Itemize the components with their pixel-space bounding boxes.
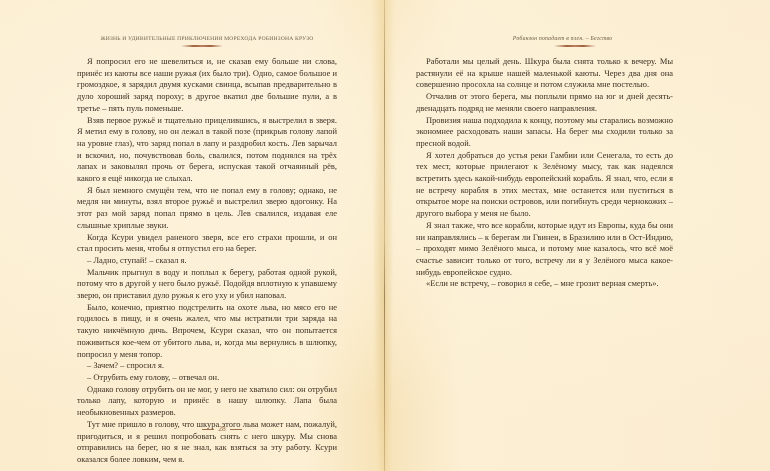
paragraph: – Ладно, ступай! – сказал я. [77,255,337,267]
paragraph: Однако голову отрубить он не мог, у него… [77,384,337,419]
paragraph: Взяв первое ружьё и тщательно прицеливши… [77,115,337,185]
left-page: Жизнь и удивительные приключения мореход… [0,0,384,471]
running-head-right: Робинзон попадает в плен. – Бегство [385,36,740,42]
paragraph: Отчалив от этого берега, мы поплыли прям… [416,91,673,114]
paragraph: Провизия наша подходила к концу, поэтому… [416,115,673,150]
paragraph: Я был немного смущён тем, что не попал е… [77,185,337,232]
paragraph: Я попросил его не шевелиться и, не сказа… [77,56,337,115]
right-page: Робинзон попадает в плен. – Бегство Рабо… [385,0,770,471]
paragraph: – Отрубить ему голову, – отвечал он. [77,372,337,384]
paragraph: Я хотел добраться до устья реки Гамбии и… [416,150,673,220]
paragraph: Мальчик прыгнул в воду и поплыл к берегу… [77,267,337,302]
paragraph: – Зачем? – спросил я. [77,360,337,372]
folio-dash-left [202,429,214,430]
header-ornament-left [181,45,223,47]
page-number: 28 [60,424,384,433]
header-ornament-right [554,45,596,47]
paragraph: «Если не встречу, – говорил я себе, – мн… [416,278,673,290]
running-head-left: Жизнь и удивительные приключения мореход… [30,36,384,42]
paragraph: Было, конечно, приятно подстрелить на ох… [77,302,337,361]
folio-dash-right [230,429,242,430]
book-spread: Жизнь и удивительные приключения мореход… [0,0,770,471]
paragraph: Работали мы целый день. Шкура была снята… [416,56,673,91]
paragraph: Я знал также, что все корабли, которые и… [416,220,673,279]
right-page-body: Работали мы целый день. Шкура была снята… [416,56,673,290]
page-number-text: 28 [218,424,226,433]
left-page-body: Я попросил его не шевелиться и, не сказа… [77,56,337,466]
paragraph: Когда Ксури увидел раненого зверя, все е… [77,232,337,255]
